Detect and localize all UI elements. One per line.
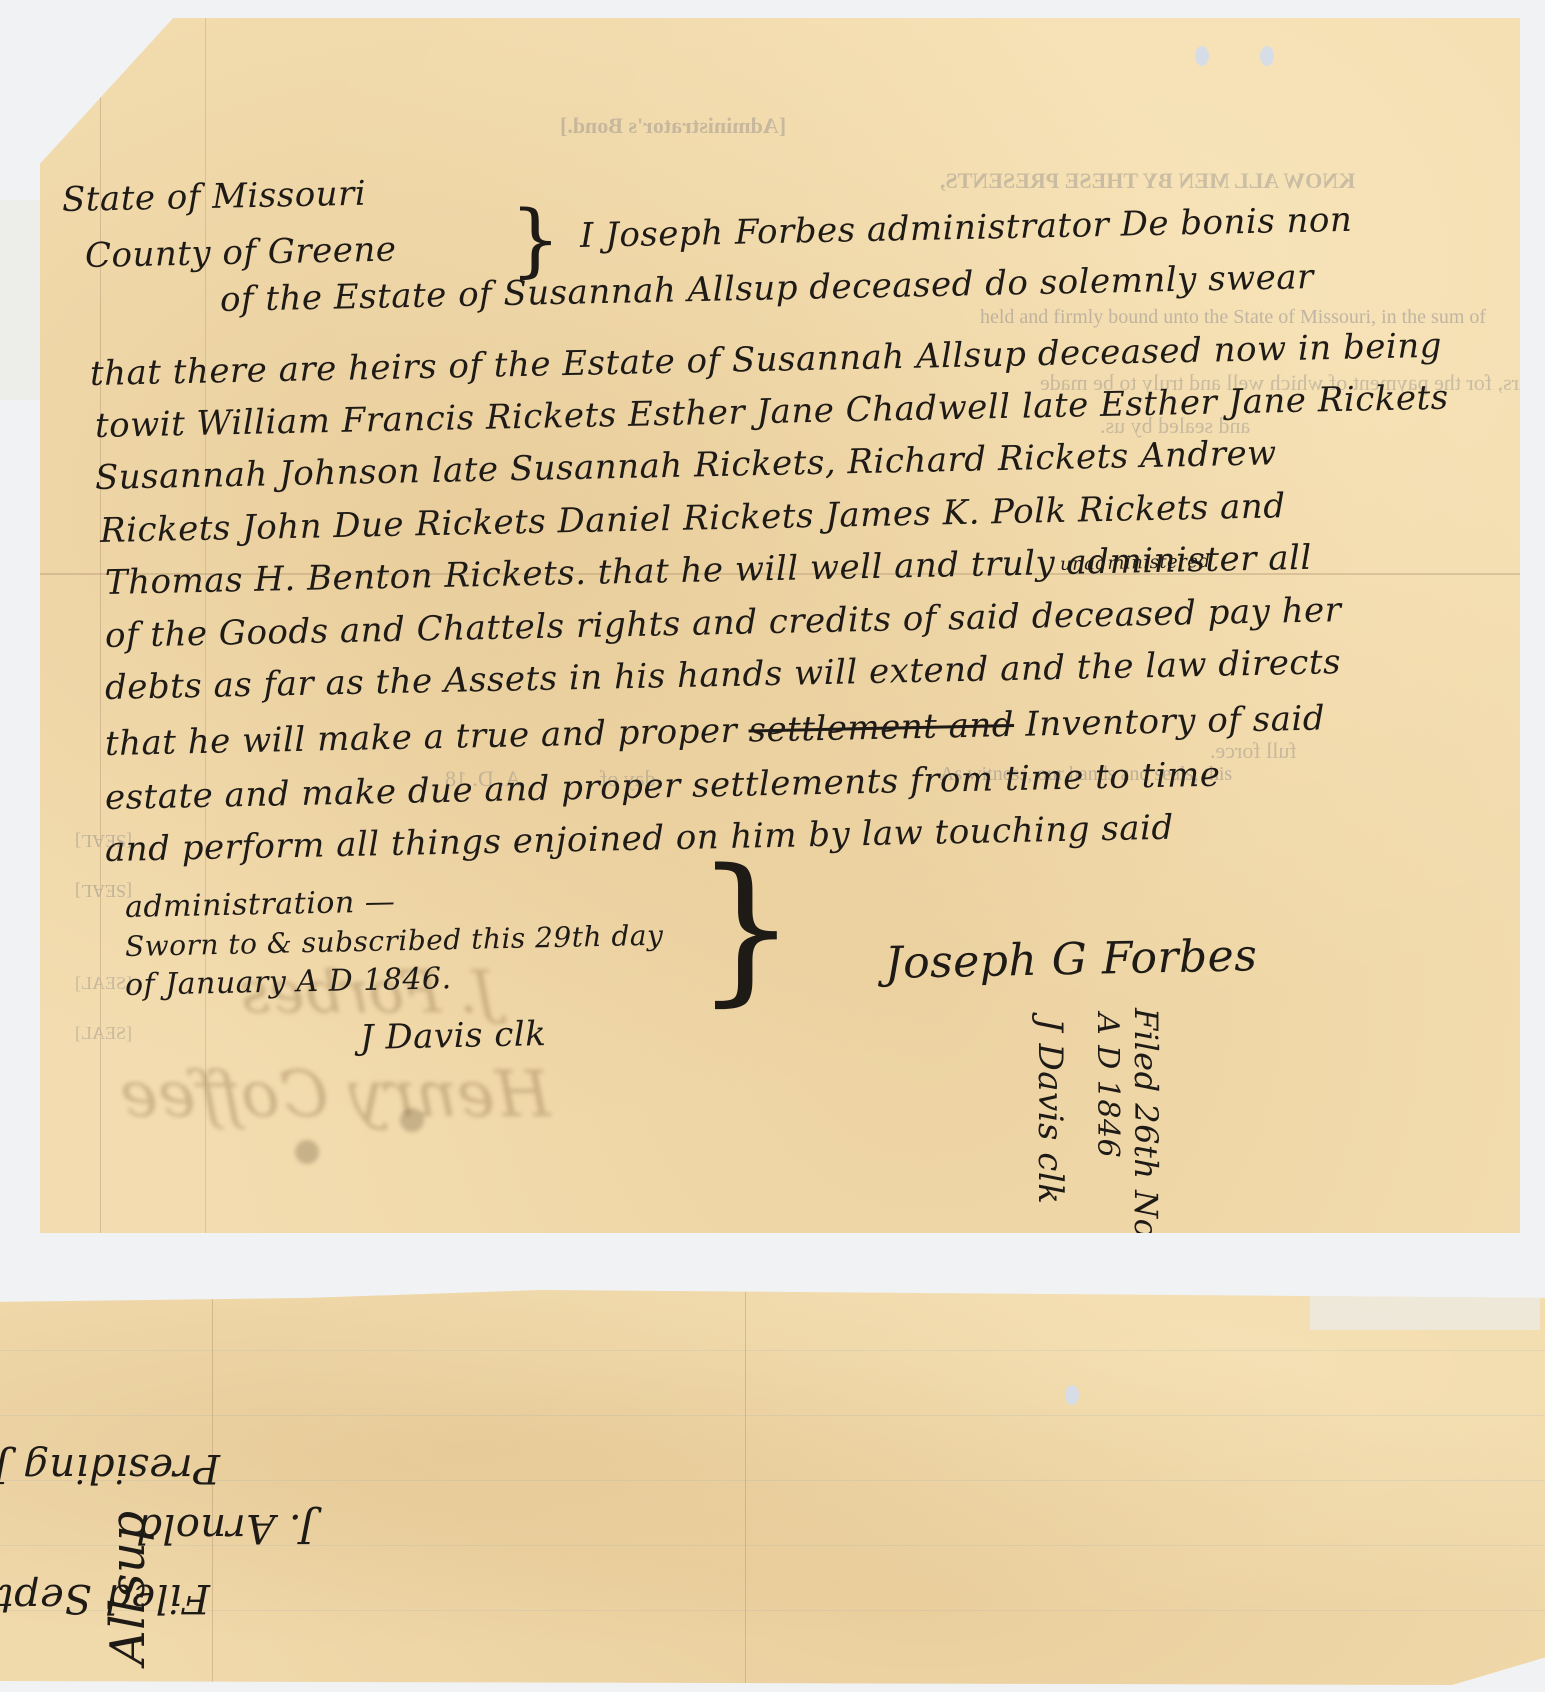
- oath-line-text: that he will make a true and proper: [105, 711, 738, 764]
- ruled-line: [0, 1415, 1545, 1416]
- oath-line: and perform all things enjoined on him b…: [105, 808, 1175, 870]
- docket-line: J. Arnold: [136, 1505, 315, 1551]
- interlineation: unadministered: [1060, 551, 1211, 575]
- ruled-line: [0, 1610, 1545, 1611]
- ghost-signature: Henry Coffee: [120, 1058, 551, 1132]
- tape: [0, 200, 40, 400]
- printed-header: [Administrator's Bond.]: [560, 113, 786, 139]
- ruled-line: [0, 1350, 1545, 1351]
- clerk-signature: J Davis clk: [360, 1014, 547, 1058]
- ink-blot: [400, 1108, 424, 1132]
- oath-line: that he will make a true and proper sett…: [105, 698, 1326, 764]
- filing-note-line: A D 1846: [1090, 1013, 1125, 1158]
- seal-label: [SEAL]: [75, 1023, 132, 1044]
- jurat-line: of January A D 1846.: [125, 961, 452, 1003]
- tape: [1310, 1290, 1540, 1330]
- docket-name: Allsup: [100, 1510, 156, 1665]
- seal-label: [SEAL]: [75, 973, 132, 994]
- ruled-line: [0, 1480, 1545, 1481]
- printed-line: KNOW ALL MEN BY THESE PRESENTS,: [940, 168, 1355, 194]
- seal-scroll: }: [695, 848, 797, 1008]
- ink-blot: [295, 1140, 319, 1164]
- filing-note-line: Filed 26th Nov: [1127, 1008, 1165, 1257]
- caption-state: State of Missouri: [62, 174, 367, 220]
- oath-line: estate and make due and proper settlemen…: [105, 755, 1221, 818]
- punch-hole: [1260, 46, 1274, 66]
- docket-line: Presiding Justice: [0, 1445, 220, 1491]
- caption-county: County of Greene: [85, 229, 397, 276]
- docket-strip: Filed Sept 2nd 1850 J. Arnold Presiding …: [0, 1290, 1545, 1685]
- seal-label: [SEAL]: [75, 880, 132, 901]
- oath-line-text: Inventory of said: [1025, 698, 1325, 744]
- oath-line: Susannah Johnson late Susannah Rickets, …: [95, 433, 1278, 498]
- printed-line: full force.: [1210, 738, 1297, 764]
- punch-hole: [1195, 46, 1209, 66]
- oath-line: administration —: [125, 884, 396, 925]
- struck-text: settlement and: [748, 705, 1014, 751]
- main-document-sheet: [Administrator's Bond.] KNOW ALL MEN BY …: [40, 18, 1520, 1233]
- fold-line: [745, 1290, 746, 1685]
- oath-line: I Joseph Forbes administrator De bonis n…: [580, 200, 1353, 256]
- filing-note-line: J Davis clk: [1030, 1018, 1070, 1204]
- administrator-signature: Joseph G Forbes: [884, 930, 1257, 989]
- punch-hole: [1065, 1385, 1079, 1405]
